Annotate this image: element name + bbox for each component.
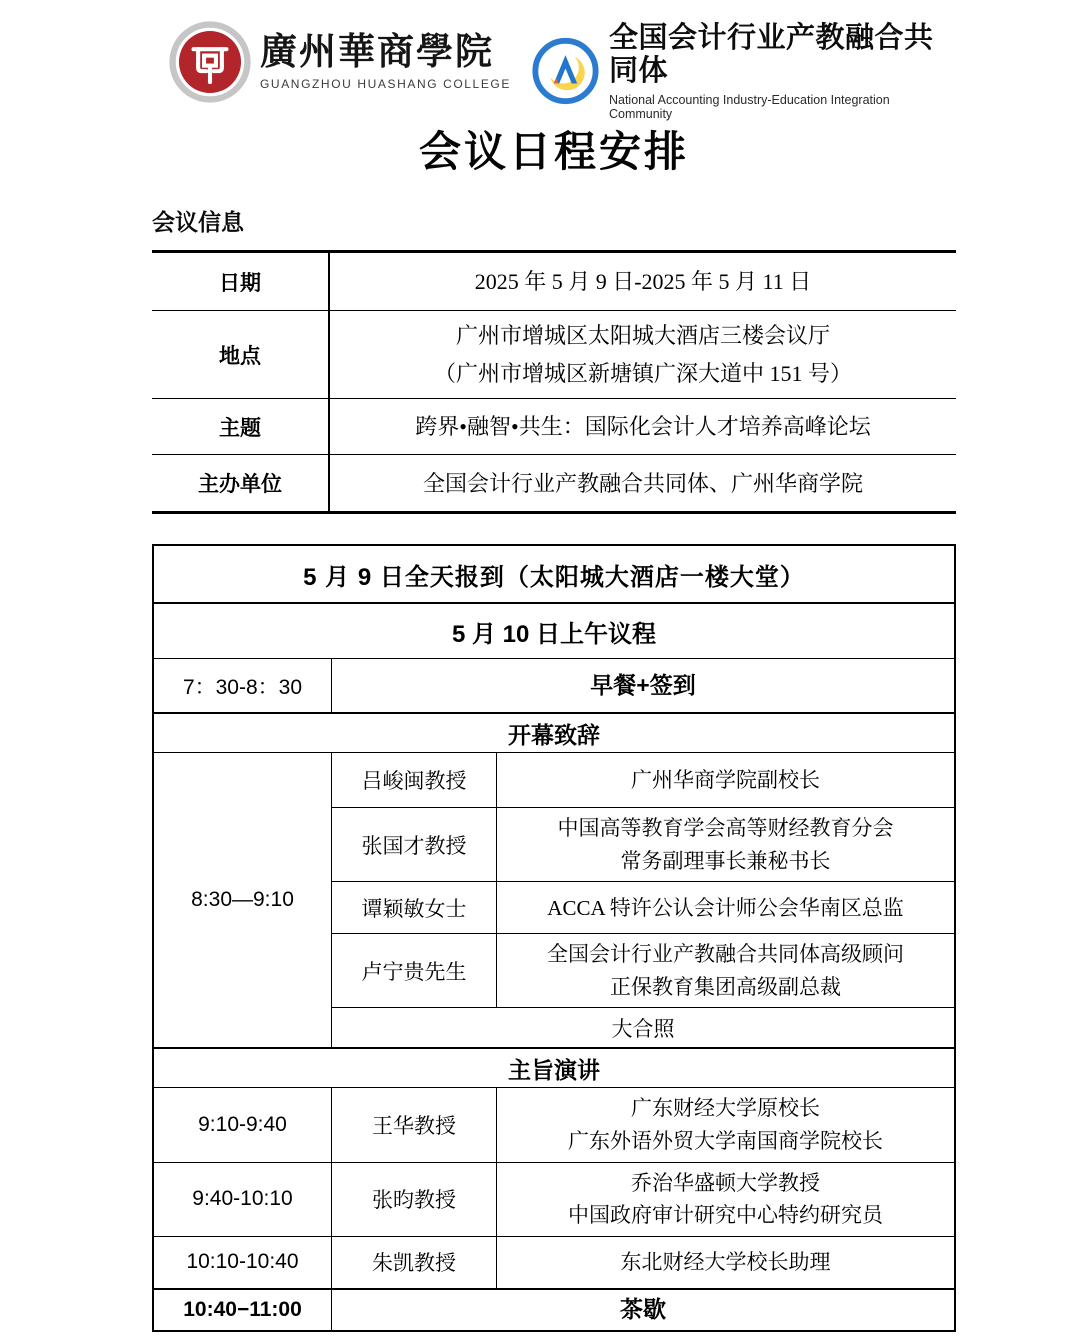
huashang-name-cn: 廣州華商學院 [260,33,511,74]
header-logos: 廣州華商學院 GUANGZHOU HUASHANG COLLEGE 全国会计行业… [152,0,956,112]
info-label-theme: 主题 [152,399,330,454]
breakfast-time: 7：30-8：30 [154,659,332,712]
keynote-row: 10:10-10:40 朱凯教授 东北财经大学校长助理 [154,1236,954,1288]
community-logo-text: 全国会计行业产教融合共同体 National Accounting Indust… [609,22,956,121]
community-badge-icon [532,34,599,108]
info-label-location: 地点 [152,311,330,398]
speaker-title: 中国高等教育学会高等财经教育分会 常务副理事长兼秘书长 [497,808,954,881]
speaker-row: 吕峻闽教授 广州华商学院副校长 [332,753,954,807]
community-name-en: National Accounting Industry-Education I… [609,93,956,121]
page-title: 会议日程安排 [152,128,956,176]
huashang-seal-icon [168,20,252,104]
opening-body: 8:30—9:10 吕峻闽教授 广州华商学院副校长 张国才教授 中国高等教育学会… [154,752,954,1047]
speaker-title: 全国会计行业产教融合共同体高级顾问 正保教育集团高级副总裁 [497,934,954,1007]
tea-break-time: 10:40−11:00 [154,1290,332,1330]
schedule-section-day2-morning: 5 月 10 日上午议程 7：30-8：30 早餐+签到 [154,602,954,712]
info-table: 日期 2025 年 5 月 9 日-2025 年 5 月 11 日 地点 广州市… [152,250,956,514]
community-name-cn: 全国会计行业产教融合共同体 [609,22,956,89]
keynote-speaker: 朱凯教授 [332,1237,497,1288]
speaker-title: ACCA 特许公认会计师公会华南区总监 [497,882,954,933]
community-logo: 全国会计行业产教融合共同体 National Accounting Indust… [532,22,956,121]
keynote-time: 9:10-9:40 [154,1088,332,1161]
huashang-college-logo: 廣州華商學院 GUANGZHOU HUASHANG COLLEGE [168,20,511,104]
huashang-name-en: GUANGZHOU HUASHANG COLLEGE [260,77,511,91]
speaker-name: 张国才教授 [332,808,497,881]
huashang-logo-text: 廣州華商學院 GUANGZHOU HUASHANG COLLEGE [260,33,511,91]
schedule-section-day1: 5 月 9 日全天报到（太阳城大酒店一楼大堂） [154,546,954,602]
keynote-time: 9:40-10:10 [154,1163,332,1236]
info-section-heading: 会议信息 [152,204,956,237]
keynote-speaker-title: 广东财经大学原校长 广东外语外贸大学南国商学院校长 [497,1088,954,1161]
tea-break-row: 10:40−11:00 茶歇 [154,1290,954,1330]
info-value-date: 2025 年 5 月 9 日-2025 年 5 月 11 日 [330,253,956,310]
info-row-location: 地点 广州市增城区太阳城大酒店三楼会议厅 （广州市增城区新塘镇广深大道中 151… [152,311,956,399]
keynote-speaker-title: 乔治华盛顿大学教授 中国政府审计研究中心特约研究员 [497,1163,954,1236]
opening-section-header: 开幕致辞 [154,714,954,752]
schedule-section-opening: 开幕致辞 8:30—9:10 吕峻闽教授 广州华商学院副校长 张国才教授 中国高… [154,712,954,1047]
info-row-theme: 主题 跨界•融智•共生：国际化会计人才培养高峰论坛 [152,399,956,455]
info-label-date: 日期 [152,253,330,310]
speaker-name: 谭颖敏女士 [332,882,497,933]
group-photo-row: 大合照 [332,1007,954,1047]
schedule-table: 5 月 9 日全天报到（太阳城大酒店一楼大堂） 5 月 10 日上午议程 7：3… [152,544,956,1331]
keynote-row: 9:10-9:40 王华教授 广东财经大学原校长 广东外语外贸大学南国商学院校长 [154,1087,954,1161]
info-row-organizer: 主办单位 全国会计行业产教融合共同体、广州华商学院 [152,455,956,511]
day2-morning-header: 5 月 10 日上午议程 [154,604,954,658]
tea-break-activity: 茶歇 [332,1290,954,1330]
opening-speaker-list: 吕峻闽教授 广州华商学院副校长 张国才教授 中国高等教育学会高等财经教育分会 常… [332,753,954,1047]
keynote-section-header: 主旨演讲 [154,1049,954,1087]
day1-checkin-row: 5 月 9 日全天报到（太阳城大酒店一楼大堂） [154,546,954,602]
breakfast-activity: 早餐+签到 [332,659,954,712]
info-row-date: 日期 2025 年 5 月 9 日-2025 年 5 月 11 日 [152,253,956,311]
info-value-theme: 跨界•融智•共生：国际化会计人才培养高峰论坛 [330,399,956,454]
info-value-organizer: 全国会计行业产教融合共同体、广州华商学院 [330,455,956,511]
keynote-speaker: 王华教授 [332,1088,497,1161]
keynote-time: 10:10-10:40 [154,1237,332,1288]
keynote-row: 9:40-10:10 张昀教授 乔治华盛顿大学教授 中国政府审计研究中心特约研究… [154,1162,954,1236]
speaker-name: 卢宁贵先生 [332,934,497,1007]
keynote-speaker: 张昀教授 [332,1163,497,1236]
schedule-section-tea: 10:40−11:00 茶歇 [154,1288,954,1330]
opening-time: 8:30—9:10 [154,753,332,1047]
page-content: 廣州華商學院 GUANGZHOU HUASHANG COLLEGE 全国会计行业… [152,0,956,1332]
speaker-row: 张国才教授 中国高等教育学会高等财经教育分会 常务副理事长兼秘书长 [332,807,954,881]
info-label-organizer: 主办单位 [152,455,330,511]
speaker-row: 谭颖敏女士 ACCA 特许公认会计师公会华南区总监 [332,881,954,933]
keynote-speaker-title: 东北财经大学校长助理 [497,1237,954,1288]
info-value-location: 广州市增城区太阳城大酒店三楼会议厅 （广州市增城区新塘镇广深大道中 151 号） [330,311,956,398]
speaker-name: 吕峻闽教授 [332,753,497,807]
group-photo-label: 大合照 [332,1008,954,1047]
speaker-title: 广州华商学院副校长 [497,753,954,807]
conference-agenda-page: { "header": { "left_logo": { "name_cn": … [0,0,1080,1341]
breakfast-row: 7：30-8：30 早餐+签到 [154,658,954,712]
speaker-row: 卢宁贵先生 全国会计行业产教融合共同体高级顾问 正保教育集团高级副总裁 [332,933,954,1007]
schedule-section-keynote: 主旨演讲 9:10-9:40 王华教授 广东财经大学原校长 广东外语外贸大学南国… [154,1047,954,1287]
